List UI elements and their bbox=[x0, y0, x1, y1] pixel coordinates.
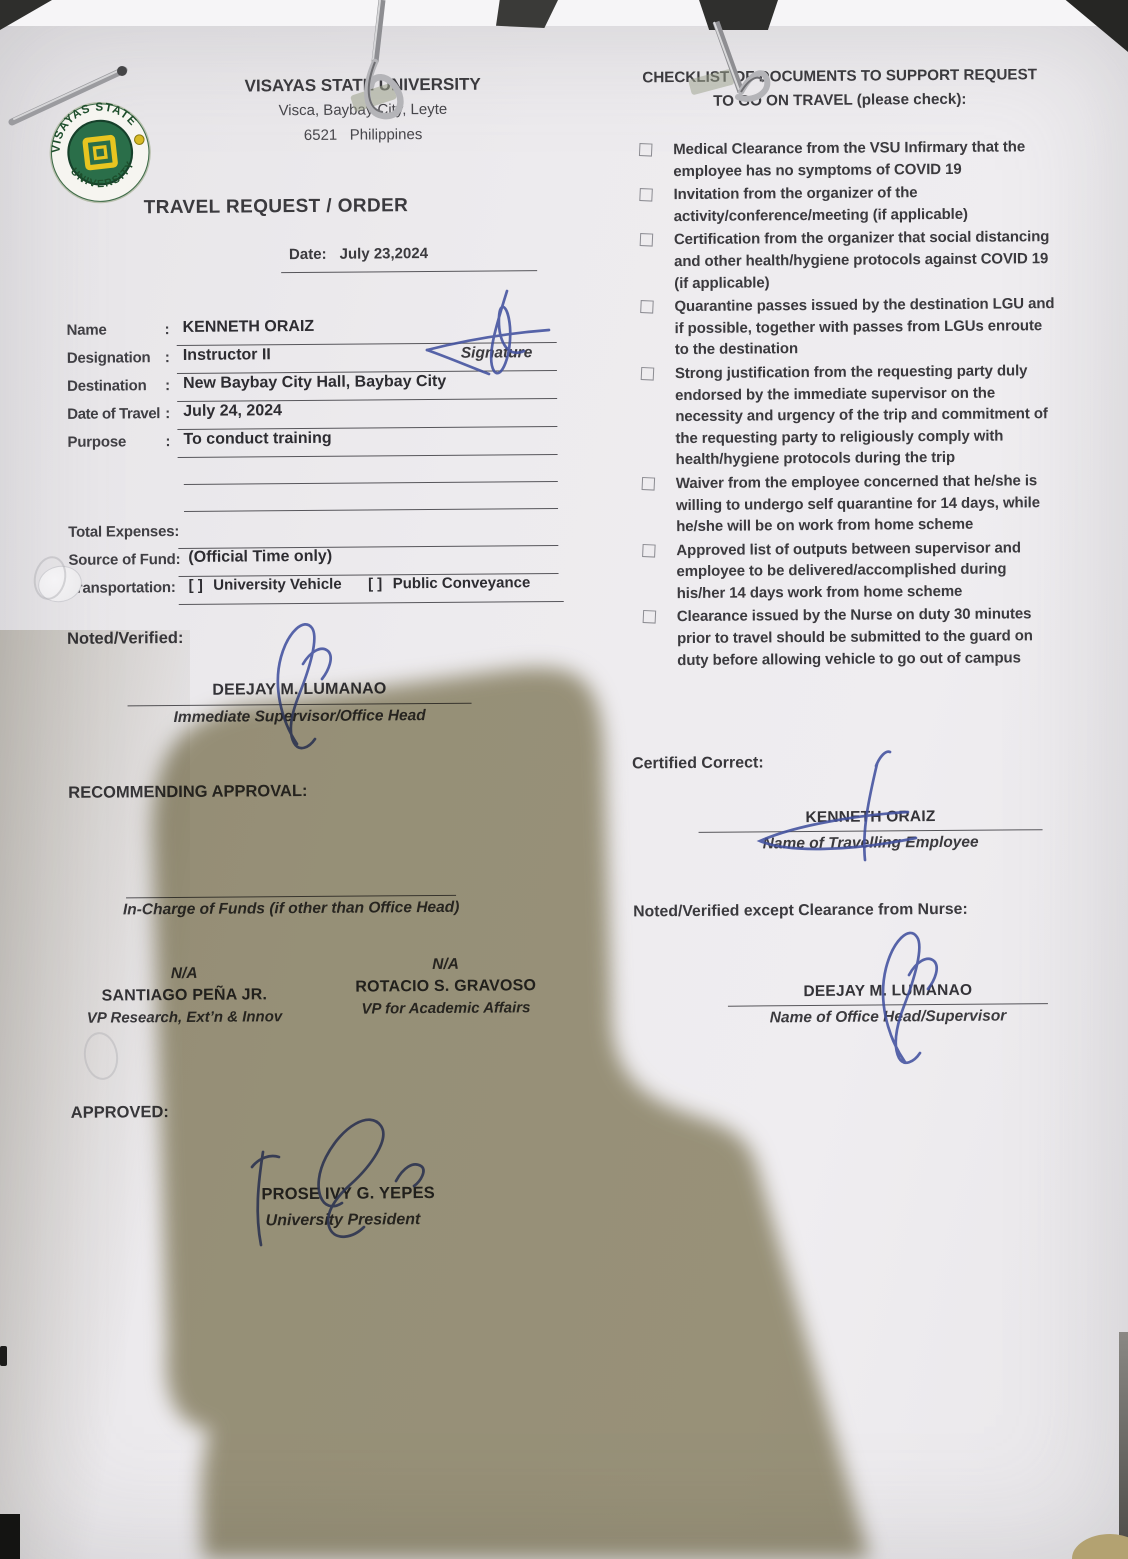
checklist-item-text: Medical Clearance from the VSU Infirmary… bbox=[673, 138, 1025, 179]
checklist-item-text: Invitation from the organizer of the act… bbox=[673, 184, 967, 225]
left-shadow-gradient bbox=[0, 630, 190, 1559]
approver-right-title: VP for Academic Affairs bbox=[320, 999, 572, 1018]
date-label: Date: bbox=[289, 246, 327, 263]
president-name: PROSE IVY G. YEPES bbox=[261, 1184, 435, 1204]
date-of-travel-colon: : bbox=[165, 405, 170, 422]
checklist-item: Medical Clearance from the VSU Infirmary… bbox=[631, 136, 1055, 183]
source-of-fund-underline bbox=[178, 548, 558, 577]
scanned-travel-request-photo: VISAYAS STATE UNIVERSITY VISAYAS STATE U… bbox=[0, 0, 1128, 1559]
total-expenses-label: Total Expenses: bbox=[68, 523, 179, 541]
destination-label: Destination bbox=[67, 377, 147, 395]
university-name: VISAYAS STATE UNIVERSITY bbox=[231, 74, 495, 96]
edge-mark bbox=[0, 1346, 7, 1366]
blank-line-1 bbox=[184, 458, 558, 485]
date-value-text: July 23,2024 bbox=[340, 245, 429, 263]
university-address-line1: Visca, Baybay City, Leyte bbox=[231, 100, 495, 119]
checkbox-icon bbox=[641, 367, 655, 381]
blank-line-2 bbox=[184, 485, 558, 512]
name-colon: : bbox=[165, 321, 170, 338]
destination-underline bbox=[177, 374, 557, 402]
checklist-item: Waiver from the employee concerned that … bbox=[634, 470, 1058, 538]
date-of-travel-underline bbox=[177, 402, 557, 430]
approver-right-name: ROTACIO S. GRAVOSO bbox=[320, 977, 572, 997]
checklist-title-line2: TO GO ON TRAVEL (please check): bbox=[623, 90, 1057, 110]
total-expenses-underline bbox=[178, 520, 558, 549]
certified-correct-heading: Certified Correct: bbox=[632, 754, 764, 773]
approver-right-na: N/A bbox=[320, 955, 572, 975]
checklist-title-line1: CHECKLIST OF DOCUMENTS TO SUPPORT REQUES… bbox=[623, 66, 1057, 86]
designation-label: Designation bbox=[67, 349, 151, 367]
travelling-employee-caption: Name of Travelling Employee bbox=[701, 833, 1041, 854]
checklist-item: Invitation from the organizer of the act… bbox=[631, 181, 1055, 228]
destination-colon: : bbox=[165, 377, 170, 394]
approver-right-block: N/A ROTACIO S. GRAVOSO VP for Academic A… bbox=[320, 955, 572, 1018]
purpose-underline bbox=[177, 430, 557, 458]
purpose-colon: : bbox=[165, 433, 170, 450]
office-head-underline bbox=[728, 982, 1048, 1007]
travelling-employee-underline bbox=[698, 808, 1042, 833]
name-underline bbox=[177, 318, 557, 346]
checklist-item-text: Quarantine passes issued by the destinat… bbox=[674, 295, 1054, 358]
checkbox-icon bbox=[643, 610, 657, 624]
university-seal-icon: VISAYAS STATE UNIVERSITY bbox=[42, 94, 159, 211]
checklist-item: Quarantine passes issued by the destinat… bbox=[632, 293, 1056, 361]
checklist-item-text: Waiver from the employee concerned that … bbox=[676, 472, 1040, 535]
checklist-item-text: Certification from the organizer that so… bbox=[674, 229, 1050, 292]
checklist-item: Approved list of outputs between supervi… bbox=[634, 537, 1058, 605]
photo-right-edge bbox=[1119, 1332, 1128, 1559]
checklist-item-text: Approved list of outputs between supervi… bbox=[676, 539, 1021, 602]
checkbox-icon bbox=[639, 143, 653, 157]
date-value bbox=[331, 246, 335, 263]
checkbox-icon bbox=[642, 477, 656, 491]
university-address-line2: 6521 Philippines bbox=[231, 125, 495, 144]
checklist-item-text: Clearance issued by the Nurse on duty 30… bbox=[677, 606, 1033, 669]
photo-corner-bottom-left bbox=[0, 1514, 20, 1559]
transportation-label: Transportation: bbox=[69, 579, 176, 597]
purpose-label: Purpose bbox=[67, 433, 126, 450]
checkbox-icon bbox=[639, 188, 653, 202]
checklist-item-text: Strong justification from the requesting… bbox=[675, 362, 1048, 468]
date-line: Date: July 23,2024 bbox=[281, 244, 537, 273]
noted-except-heading: Noted/Verified except Clearance from Nur… bbox=[633, 901, 968, 922]
office-head-caption: Name of Office Head/Supervisor bbox=[730, 1007, 1046, 1027]
designation-colon: : bbox=[165, 349, 170, 366]
checklist-item: Certification from the organizer that so… bbox=[632, 226, 1056, 294]
source-of-fund-label: Source of Fund: bbox=[68, 551, 180, 569]
date-of-travel-label: Date of Travel bbox=[67, 405, 160, 423]
name-label: Name bbox=[67, 322, 107, 339]
checklist: Medical Clearance from the VSU Infirmary… bbox=[631, 136, 1059, 674]
checklist-item: Strong justification from the requesting… bbox=[633, 360, 1058, 471]
checkbox-icon bbox=[642, 544, 656, 558]
form-title: TRAVEL REQUEST / ORDER bbox=[144, 195, 409, 219]
president-title: University President bbox=[266, 1211, 421, 1230]
checkbox-icon bbox=[640, 300, 654, 314]
checkbox-icon bbox=[640, 233, 654, 247]
checklist-item: Clearance issued by the Nurse on duty 30… bbox=[635, 604, 1059, 672]
signature-label: Signature bbox=[461, 344, 533, 363]
transportation-underline bbox=[179, 576, 564, 605]
